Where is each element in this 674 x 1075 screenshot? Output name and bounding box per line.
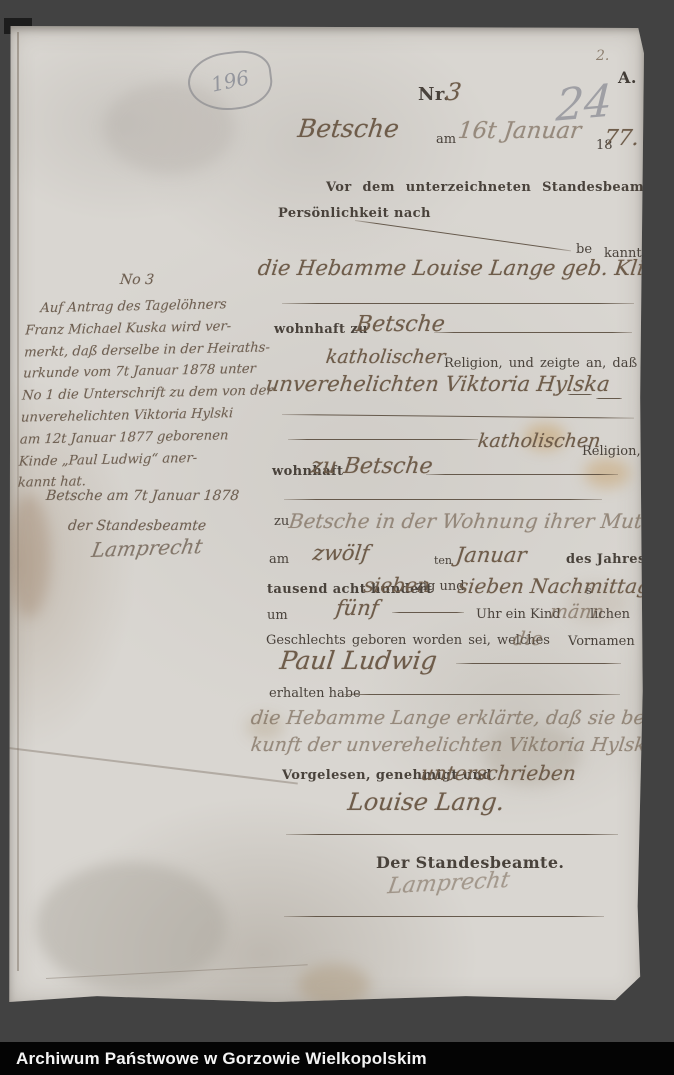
intro-line-2: Persönlichkeit nach <box>278 206 431 221</box>
religion-printed-line: Religion, und zeigte an, daß von der <box>444 356 674 371</box>
wohnhaft2-value: zu Betsche <box>309 454 434 479</box>
ink-corner-note: 2. <box>596 48 609 64</box>
s-label: s <box>586 584 592 597</box>
record-page: 196 2. A. 24 Nr. 3 Betsche am 16t Januar… <box>8 26 644 1004</box>
blank-line <box>434 332 632 333</box>
printed-corner-letter: A. <box>618 68 637 87</box>
ink-dash <box>392 612 464 613</box>
margin-official-label: der Standesbeamte <box>67 518 207 534</box>
zu-label: zu <box>274 514 289 529</box>
statement-line-1: die Hebamme Lange erklärte, daß sie bei … <box>250 707 674 729</box>
birth-hour: fünf <box>335 596 381 620</box>
statement-line-2: kunft der unverehelichten Viktoria Hylsk… <box>250 734 674 756</box>
registrar-signature: Lamprecht <box>386 868 511 900</box>
religion-label: Religion, <box>582 444 641 459</box>
header-place: Betsche <box>296 114 401 143</box>
um-label: um <box>267 608 288 623</box>
archive-name: Archiwum Państwowe w Gorzowie Wielkopols… <box>16 1049 427 1069</box>
blank-line <box>282 414 634 419</box>
ink-dash <box>568 394 592 395</box>
intro-line-1: Vor dem unterzeichneten Standesbeamten e… <box>326 180 674 195</box>
paper-stain <box>8 494 50 618</box>
archive-watermark-bar: Archiwum Państwowe w Gorzowie Wielkopols… <box>0 1042 674 1075</box>
blank-line <box>342 694 620 695</box>
year-unit-time: sieben Nachmittag <box>457 574 652 598</box>
header-date: 16t Januar <box>456 118 582 144</box>
nr-value: 3 <box>444 78 463 106</box>
des-jahres-label: des Jahres <box>566 552 646 567</box>
blank-line <box>456 663 621 664</box>
blank-line <box>282 303 634 304</box>
scan-viewport: 196 2. A. 24 Nr. 3 Betsche am 16t Januar… <box>0 0 674 1075</box>
blank-line <box>284 916 604 917</box>
wohnhaft-value: Betsche <box>354 312 446 337</box>
mother-name: unverehelichten Viktoria Hylska <box>265 372 612 396</box>
blank-line <box>286 834 618 835</box>
blank-line <box>426 474 618 475</box>
child-name: Paul Ludwig <box>278 646 438 675</box>
die-handwritten: die <box>512 628 544 650</box>
am-label-2: am <box>269 552 289 567</box>
pencil-page-number: 196 <box>209 65 251 96</box>
margin-registrar-signature: Lamprecht <box>90 534 205 562</box>
am-label: am <box>436 132 456 147</box>
blank-line <box>355 220 571 251</box>
unterschrieben-handwritten: unterschrieben <box>420 761 578 785</box>
birth-day: zwölf <box>312 541 371 565</box>
margin-place-date: Betsche am 7t Januar 1878 <box>45 488 240 504</box>
birth-place: Betsche in der Wohnung ihrer Mutter <box>288 509 674 533</box>
lichen-label: lichen <box>590 607 630 622</box>
declarant-identity: die Hebamme Louise Lange geb. Klix <box>257 256 658 280</box>
vornamen-label: Vornamen <box>568 634 635 649</box>
blank-line <box>284 499 602 500</box>
declarant-signature: Louise Lang. <box>346 788 506 816</box>
year-handwritten: 77. <box>602 126 640 151</box>
birth-month: Januar <box>455 543 528 567</box>
binding-crease <box>17 32 19 971</box>
ink-dash <box>596 398 622 399</box>
margin-number: No 3 <box>119 272 154 288</box>
blank-line <box>288 439 478 440</box>
uhr-kind-label: Uhr ein Kind <box>476 607 561 622</box>
margin-note: Auf Antrag des Tagelöhners Franz Michael… <box>17 293 273 495</box>
declarant-religion: katholischer <box>325 346 447 368</box>
be-label: be <box>576 242 592 257</box>
paper-stain <box>298 964 370 1006</box>
paper-stain <box>584 458 630 488</box>
ten-label: ten <box>434 554 452 567</box>
